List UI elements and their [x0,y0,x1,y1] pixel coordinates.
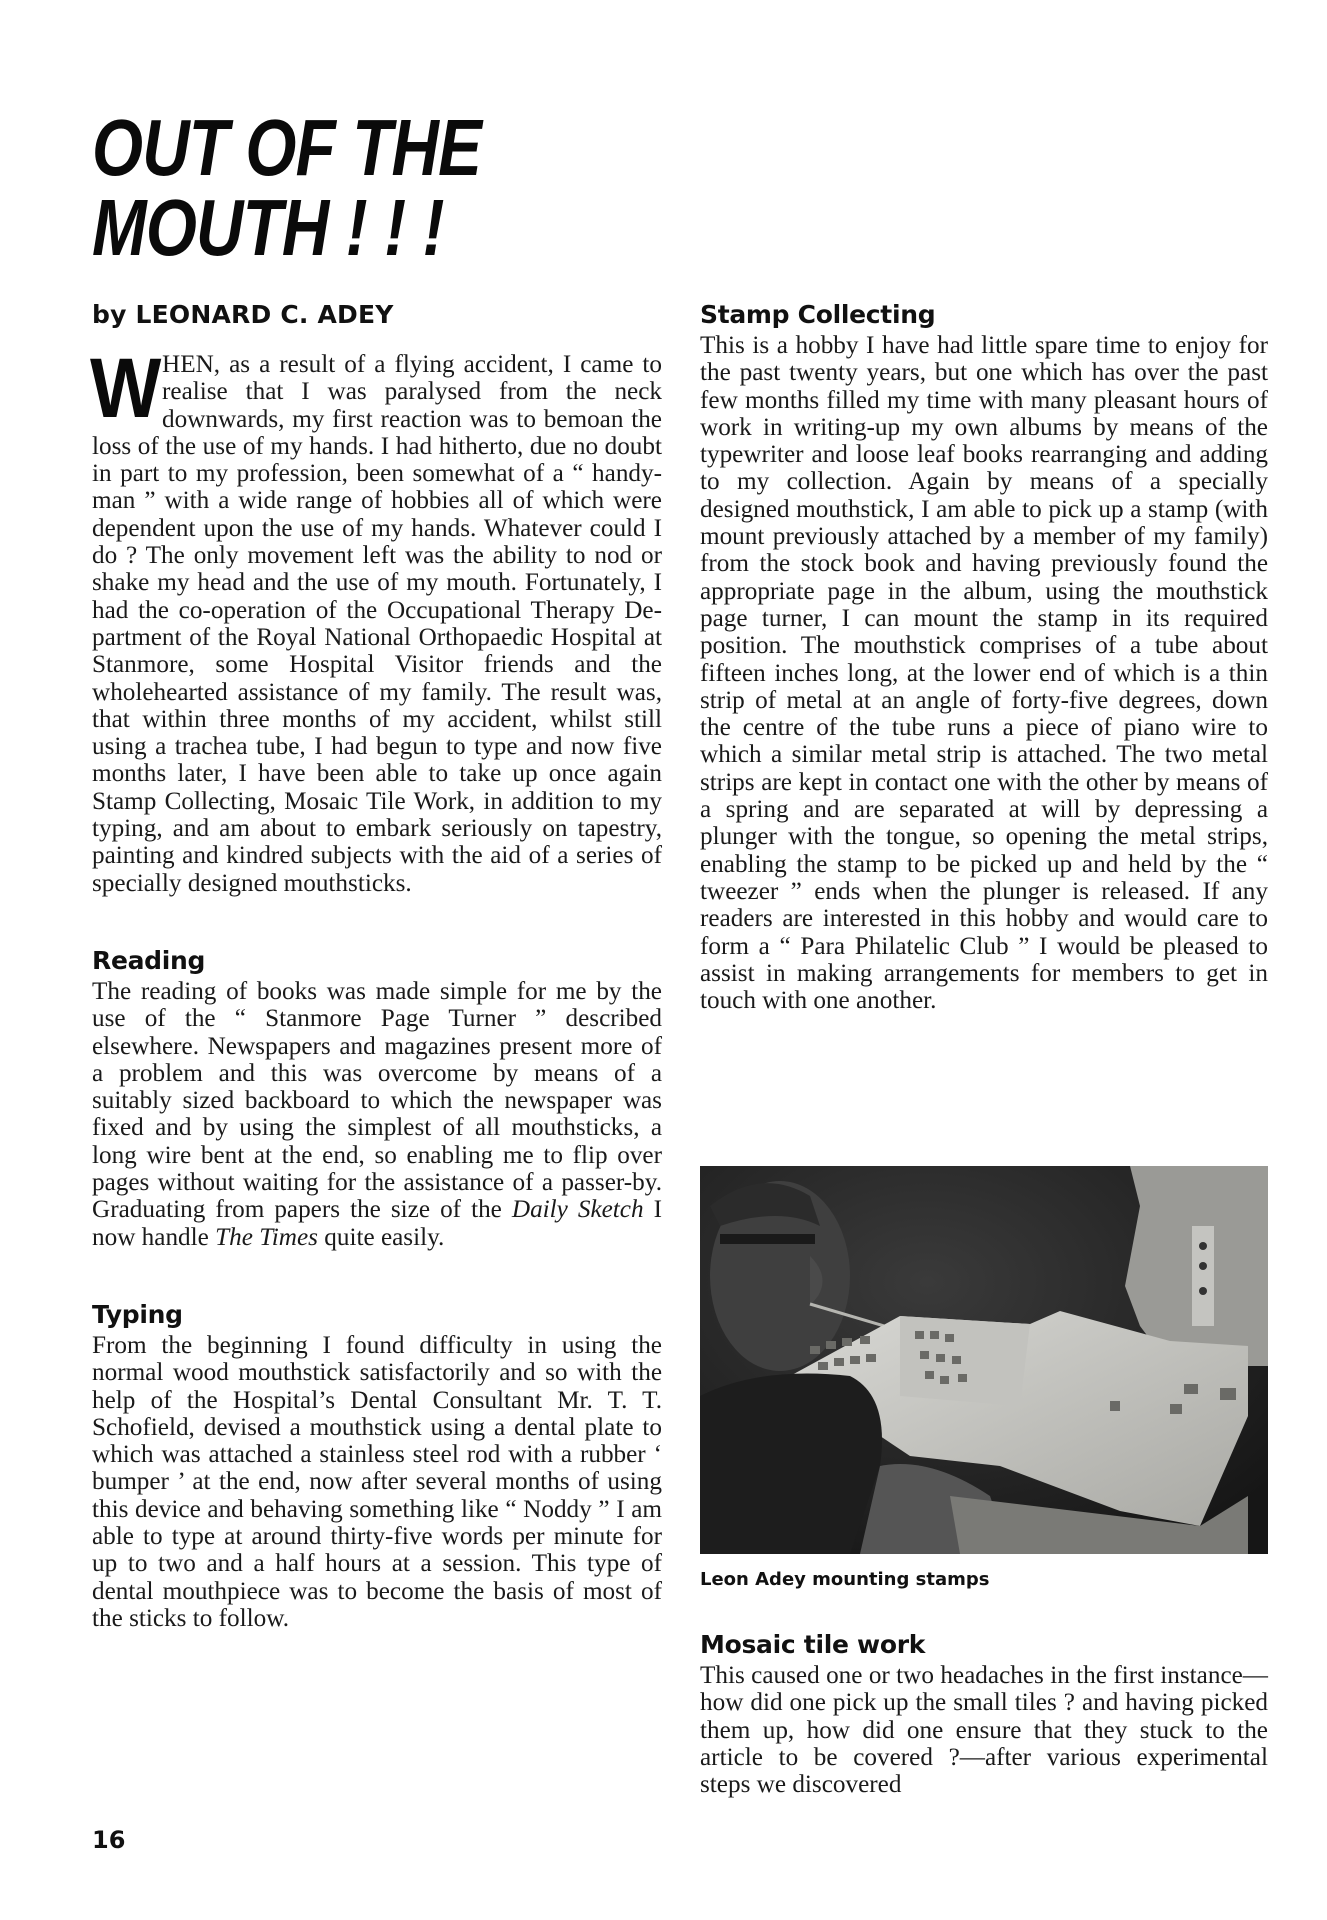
photo-caption: Leon Adey mounting stamps [700,1568,989,1592]
reading-text-end: quite easily. [318,1224,444,1251]
magazine-page: OUT OF THE MOUTH ! ! ! by LEONARD C. ADE… [0,0,1327,1920]
title-line-2: MOUTH ! ! ! [92,188,481,268]
section-heading-stamp-collecting: Stamp Collecting [700,300,1268,330]
reading-text: The reading of books was made simple for… [92,978,662,1223]
left-column: WHEN, as a result of a flying accident, … [92,351,662,1632]
newspaper-title-daily-sketch: Daily Sketch [512,1196,644,1223]
section-heading-mosaic: Mosaic tile work [700,1630,1268,1660]
intro-paragraph: WHEN, as a result of a flying accident, … [92,351,662,897]
mosaic-paragraph: This caused one or two headaches in the … [700,1662,1268,1798]
byline: by LEONARD C. ADEY [92,300,394,330]
newspaper-title-the-times: The Times [215,1224,318,1251]
typing-paragraph: From the beginning I found difficulty in… [92,1332,662,1632]
stamp-collecting-paragraph: This is a hobby I have had little spare … [700,332,1268,1014]
right-column: Stamp Collecting This is a hobby I have … [700,300,1268,1014]
section-typing: Typing From the beginning I found diffic… [92,1300,662,1632]
photo-image [700,1166,1268,1554]
section-heading-reading: Reading [92,946,662,976]
section-mosaic-tile-work: Mosaic tile work This caused one or two … [700,1630,1268,1798]
section-reading: Reading The reading of books was made si… [92,946,662,1251]
intro-text: HEN, as a result of a flying accident, I… [92,351,662,897]
drop-cap: W [90,357,151,421]
reading-paragraph: The reading of books was made simple for… [92,978,662,1251]
photo-leon-adey-mounting-stamps [700,1166,1268,1554]
page-number: 16 [92,1826,125,1854]
section-heading-typing: Typing [92,1300,662,1330]
title-line-1: OUT OF THE [92,108,481,188]
article-title: OUT OF THE MOUTH ! ! ! [92,108,481,268]
